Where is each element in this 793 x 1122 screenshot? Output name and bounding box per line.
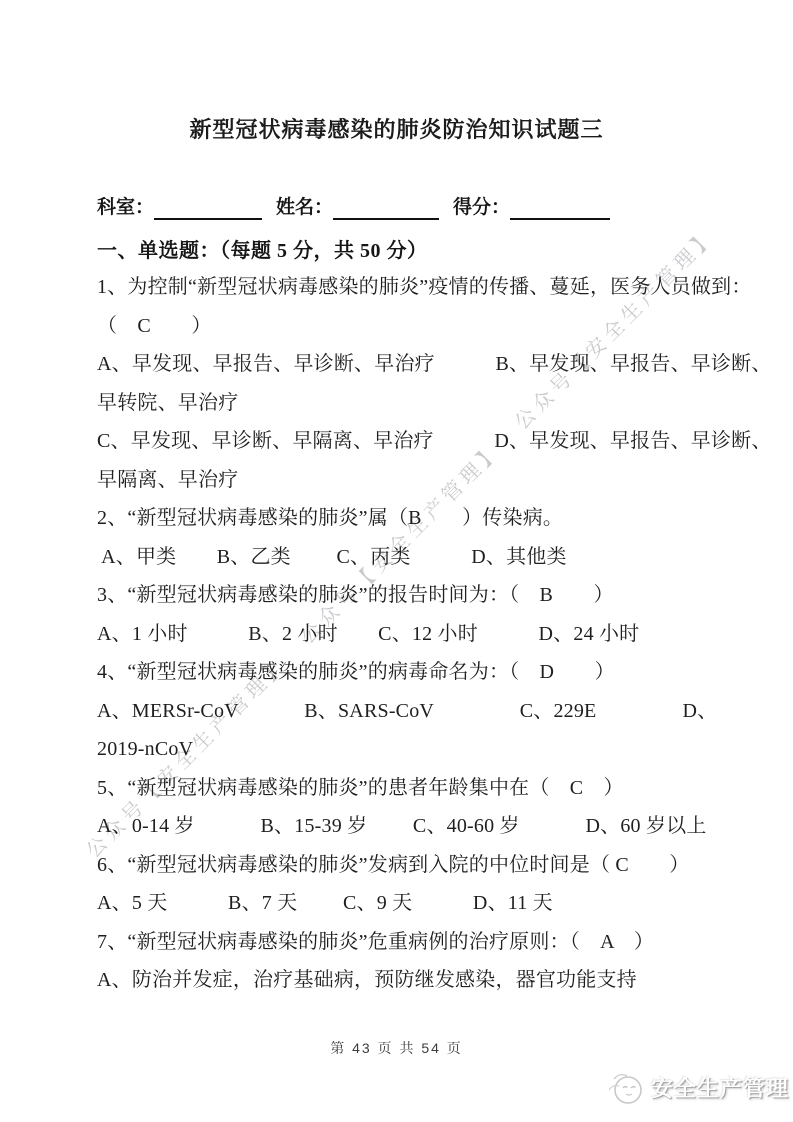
question-7-text: 7、“新型冠状病毒感染的肺炎”危重病例的治疗原则：（ A ） (97, 923, 757, 962)
question-5-text: 5、“新型冠状病毒感染的肺炎”的患者年龄集中在（ C ） (97, 769, 757, 808)
question-6-text: 6、“新型冠状病毒感染的肺炎”发病到入院的中位时间是（ C ） (97, 846, 757, 885)
question-6-options: A、5 天 B、7 天 C、9 天 D、11 天 (97, 884, 757, 923)
question-1-options-ab: A、早发现、早报告、早诊断、早治疗 B、早发现、早报告、早诊断、 (97, 345, 757, 384)
question-3-options: A、1 小时 B、2 小时 C、12 小时 D、24 小时 (97, 615, 757, 654)
question-3-text: 3、“新型冠状病毒感染的肺炎”的报告时间为：（ B ） (97, 576, 757, 615)
name-blank (333, 198, 439, 220)
question-4-text: 4、“新型冠状病毒感染的肺炎”的病毒命名为：（ D ） (97, 653, 757, 692)
department-blank (154, 198, 262, 220)
question-4-options: A、MERSr-CoV B、SARS-CoV C、229E D、 (97, 692, 757, 731)
question-2-text: 2、“新型冠状病毒感染的肺炎”属（B ）传染病。 (97, 499, 757, 538)
question-7-option-a: A、防治并发症，治疗基础病，预防继发感染，器官功能支持 (97, 961, 757, 1000)
question-body: 1、为控制“新型冠状病毒感染的肺炎”疫情的传播、蔓延，医务人员做到： （ C ）… (97, 268, 757, 1000)
question-5-options: A、0-14 岁 B、15-39 岁 C、40-60 岁 D、60 岁以上 (97, 807, 757, 846)
mascot-face-icon (601, 1064, 647, 1110)
header-fields: 科室： 姓名： 得分： (97, 196, 624, 220)
score-label: 得分： (453, 196, 510, 220)
page-title: 新型冠状病毒感染的肺炎防治知识试题三 (0, 113, 793, 144)
brand-logo: 安全生产管理 (601, 1064, 789, 1110)
question-1-answer: （ C ） (97, 307, 757, 346)
question-1-text: 1、为控制“新型冠状病毒感染的肺炎”疫情的传播、蔓延，医务人员做到： (97, 268, 757, 307)
question-1-option-d-wrap: 早隔离、早治疗 (97, 461, 757, 500)
question-1-option-b-wrap: 早转院、早治疗 (97, 384, 757, 423)
section-heading: 一、单选题：（每题 5 分，共 50 分） (97, 234, 428, 263)
question-4-option-d-wrap: 2019-nCoV (97, 730, 757, 769)
page-number: 第 43 页 共 54 页 (0, 1038, 793, 1058)
department-label: 科室： (97, 196, 154, 220)
question-1-options-cd: C、早发现、早诊断、早隔离、早治疗 D、早发现、早报告、早诊断、 (97, 422, 757, 461)
question-2-options: A、甲类 B、乙类 C、丙类 D、其他类 (97, 538, 757, 577)
brand-logo-text: 安全生产管理 (651, 1072, 789, 1103)
name-label: 姓名： (276, 196, 333, 220)
score-blank (510, 198, 610, 220)
exam-document-page: 公众号【安全生产管理】公众号【安全生产管理】公众号【安全生产管理】 新型冠状病毒… (0, 0, 793, 1122)
